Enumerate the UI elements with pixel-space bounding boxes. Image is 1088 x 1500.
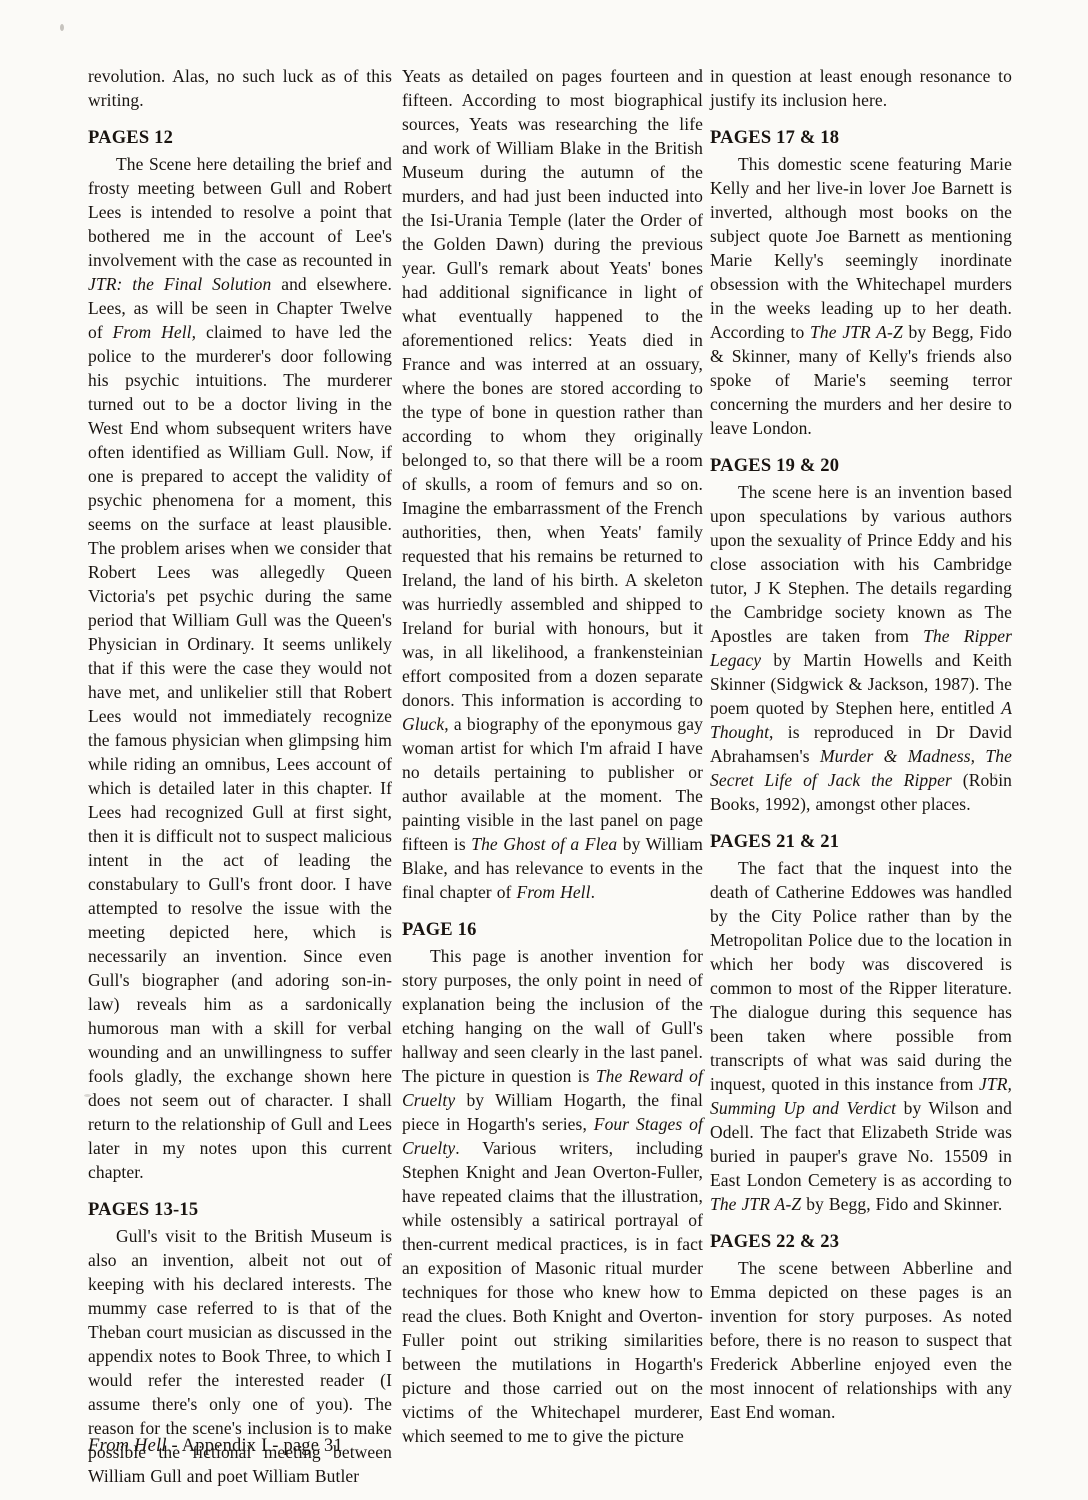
italic-title-text: From Hell bbox=[516, 882, 590, 902]
section-heading: PAGES 19 & 20 bbox=[710, 454, 1012, 478]
section-heading: PAGES 21 & 21 bbox=[710, 830, 1012, 854]
paragraph: The scene between Abberline and Emma dep… bbox=[710, 1256, 1012, 1424]
column-1: revolution. Alas, no such luck as of thi… bbox=[88, 64, 392, 1488]
body-text: This page is another invention for story… bbox=[402, 946, 703, 1086]
body-text: The scene between Abberline and Emma dep… bbox=[710, 1258, 1012, 1422]
body-text: . Various writers, including Stephen Kni… bbox=[402, 1138, 703, 1446]
footer-text: - Appendix I - page 31 bbox=[167, 1436, 343, 1456]
paragraph: The Scene here detailing the brief and f… bbox=[88, 152, 392, 1184]
paragraph: The scene here is an invention based upo… bbox=[710, 480, 1012, 816]
body-text: The scene here is an invention based upo… bbox=[710, 482, 1012, 646]
paragraph: This domestic scene featuring Marie Kell… bbox=[710, 152, 1012, 440]
italic-title-text: The JTR A-Z bbox=[810, 322, 903, 342]
italic-title-text: The JTR A-Z bbox=[710, 1194, 801, 1214]
scan-speck bbox=[60, 24, 64, 31]
italic-title-text: Gluck bbox=[402, 714, 444, 734]
body-text: Yeats as detailed on pages fourteen and … bbox=[402, 66, 703, 710]
body-text: The Scene here detailing the brief and f… bbox=[88, 154, 392, 270]
body-text: claimed to have led the police to the mu… bbox=[88, 322, 392, 1182]
section-heading: PAGES 22 & 23 bbox=[710, 1230, 1012, 1254]
italic-title-text: From Hell, bbox=[113, 322, 196, 342]
section-heading: PAGE 16 bbox=[402, 918, 703, 942]
body-text: This domestic scene featuring Marie Kell… bbox=[710, 154, 1012, 342]
footer-book-title: From Hell bbox=[88, 1436, 167, 1456]
column-2: Yeats as detailed on pages fourteen and … bbox=[402, 64, 703, 1448]
book-page: revolution. Alas, no such luck as of thi… bbox=[0, 0, 1088, 1500]
paragraph-continuation: Yeats as detailed on pages fourteen and … bbox=[402, 64, 703, 904]
body-text: in question at least enough resonance to… bbox=[710, 66, 1012, 110]
body-text: . bbox=[591, 882, 595, 902]
page-footer: From Hell - Appendix I - page 31 bbox=[88, 1434, 343, 1458]
body-text: by Begg, Fido and Skinner. bbox=[801, 1194, 1002, 1214]
paragraph: The fact that the inquest into the death… bbox=[710, 856, 1012, 1216]
column-3: in question at least enough resonance to… bbox=[710, 64, 1012, 1424]
paragraph-continuation: in question at least enough resonance to… bbox=[710, 64, 1012, 112]
section-heading: PAGES 12 bbox=[88, 126, 392, 150]
paragraph-continuation: revolution. Alas, no such luck as of thi… bbox=[88, 64, 392, 112]
body-text: revolution. Alas, no such luck as of thi… bbox=[88, 66, 392, 110]
italic-title-text: The Ghost of a Flea bbox=[471, 834, 617, 854]
section-heading: PAGES 17 & 18 bbox=[710, 126, 1012, 150]
section-heading: PAGES 13-15 bbox=[88, 1198, 392, 1222]
paragraph: This page is another invention for story… bbox=[402, 944, 703, 1448]
italic-title-text: JTR: the Final Solution bbox=[88, 274, 271, 294]
body-text: , a biography of the eponymous gay woman… bbox=[402, 714, 703, 854]
body-text: The fact that the inquest into the death… bbox=[710, 858, 1012, 1094]
